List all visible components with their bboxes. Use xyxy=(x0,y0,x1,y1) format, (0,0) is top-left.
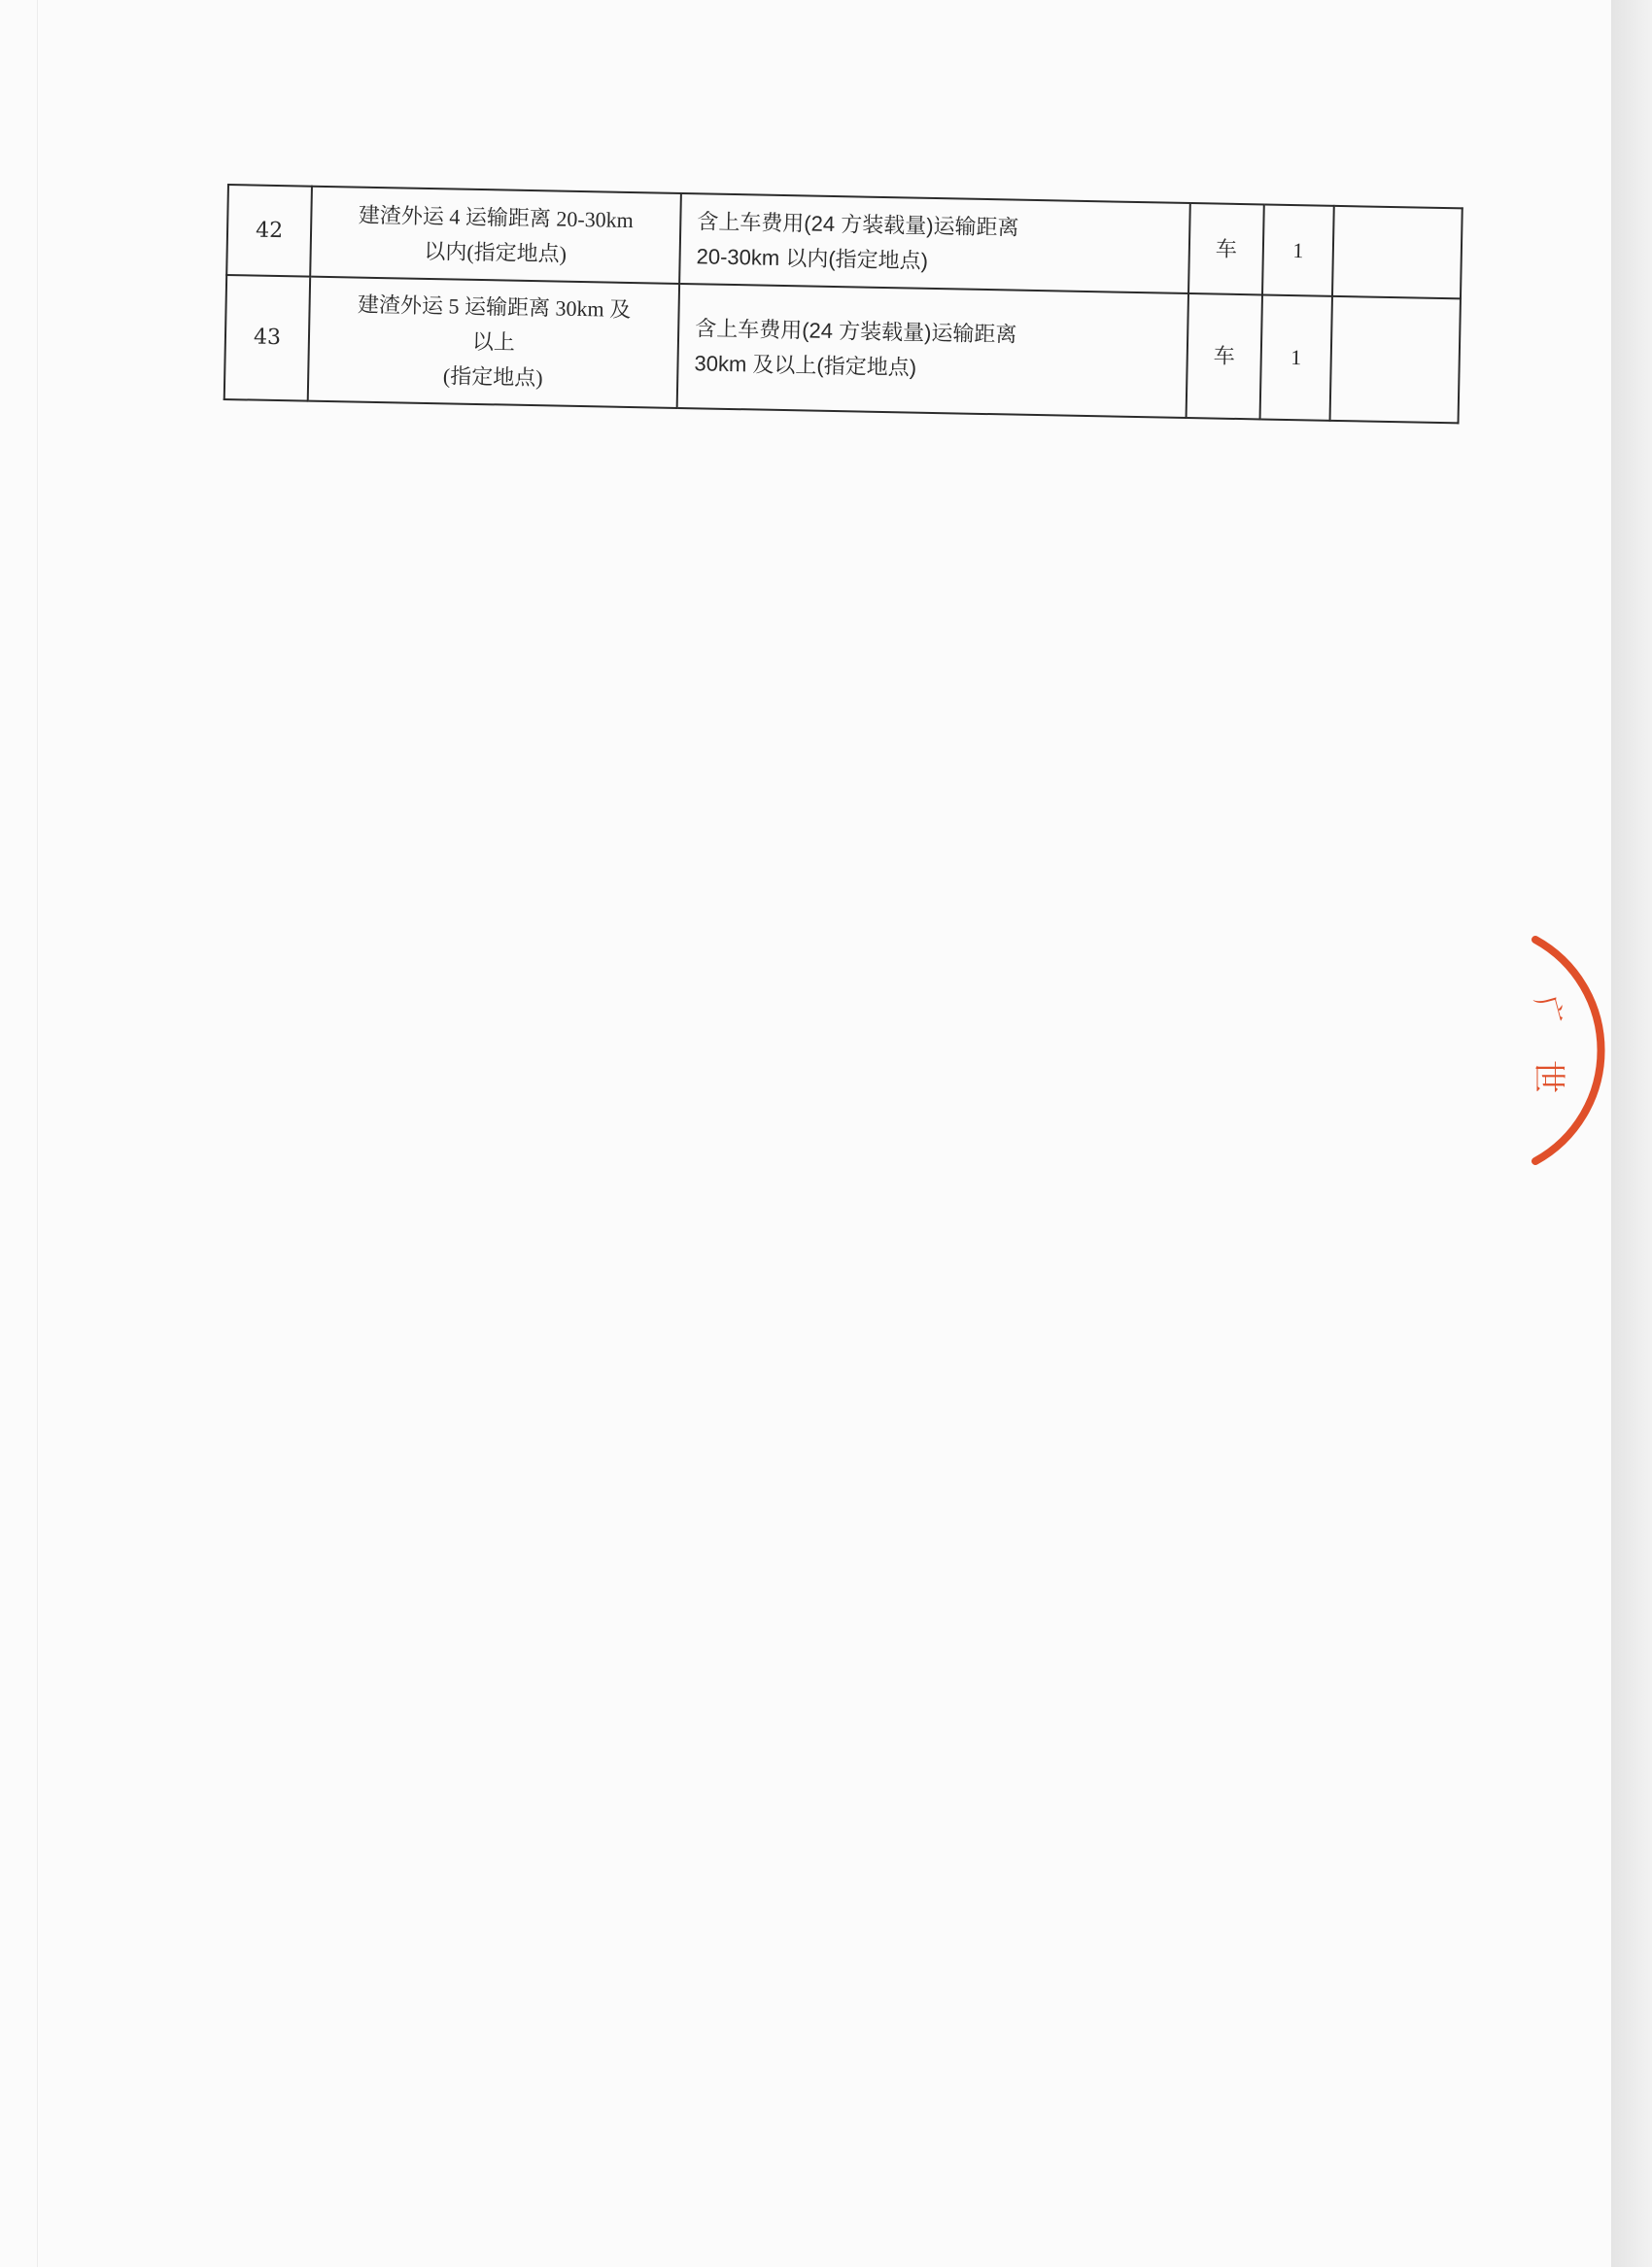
items-table-wrapper: 42 建渣外运 4 运输距离 20-30km 以内(指定地点) 含上车费用(24… xyxy=(224,184,1463,424)
item-quantity: 1 xyxy=(1262,204,1334,295)
item-name: 建渣外运 4 运输距离 20-30km 以内(指定地点) xyxy=(310,187,681,284)
item-name-line: 建渣外运 4 运输距离 20-30km xyxy=(312,196,680,238)
item-extra xyxy=(1330,296,1461,424)
item-name: 建渣外运 5 运输距离 30km 及 以上 (指定地点) xyxy=(308,277,679,408)
svg-text:世: 世 xyxy=(1529,1060,1567,1093)
item-unit: 车 xyxy=(1188,203,1264,294)
row-number: 42 xyxy=(226,185,312,277)
table-row: 43 建渣外运 5 运输距离 30km 及 以上 (指定地点) 含上车费用(24… xyxy=(224,275,1461,423)
item-extra xyxy=(1332,206,1463,299)
scan-fold-line xyxy=(37,0,38,2267)
row-number: 43 xyxy=(224,275,310,401)
scan-edge-strip xyxy=(1611,0,1652,2267)
item-name-line: 建渣外运 5 运输距离 30km 及 xyxy=(310,287,678,328)
svg-text:广: 广 xyxy=(1528,992,1568,1029)
document-page: 42 建渣外运 4 运输距离 20-30km 以内(指定地点) 含上车费用(24… xyxy=(0,0,1612,2267)
items-table: 42 建渣外运 4 运输距离 20-30km 以内(指定地点) 含上车费用(24… xyxy=(224,184,1463,424)
item-description: 含上车费用(24 方装载量)运输距离 20-30km 以内(指定地点) xyxy=(679,193,1190,293)
item-name-line: 以内(指定地点) xyxy=(311,231,679,273)
item-unit: 车 xyxy=(1187,293,1262,419)
item-description: 含上车费用(24 方装载量)运输距离 30km 及以上(指定地点) xyxy=(677,284,1188,418)
item-name-line: (指定地点) xyxy=(309,357,677,398)
item-quantity: 1 xyxy=(1260,294,1332,420)
